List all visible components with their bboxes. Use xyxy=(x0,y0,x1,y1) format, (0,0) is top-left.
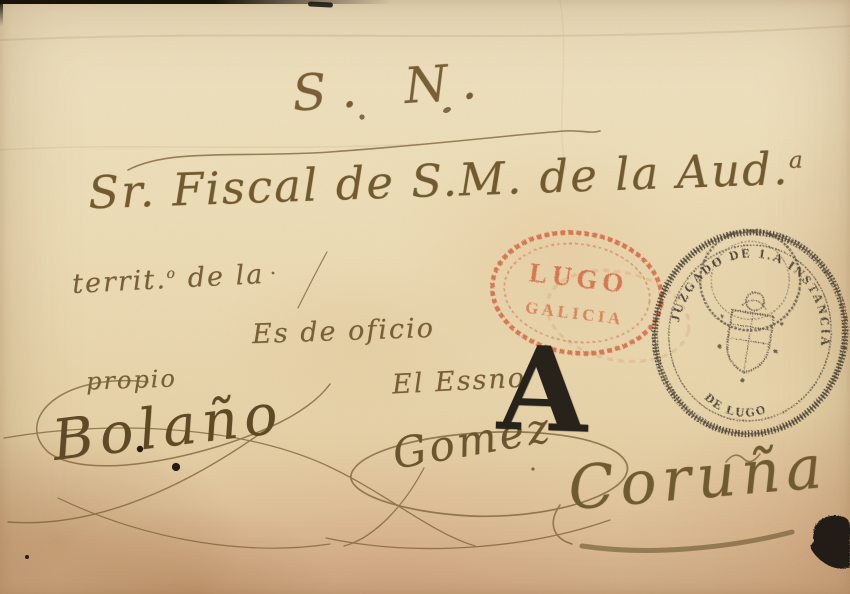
address-line-2-rest: de la xyxy=(176,259,265,295)
carrier-note-script: propio xyxy=(86,366,178,393)
service-note-script: Es de oficio xyxy=(252,315,436,348)
aged-letter-cover: LUGO GALICIA JUZGADO DE 1.A INSTANCIA DE… xyxy=(0,0,850,594)
salutation-script: S. N. xyxy=(291,55,495,119)
ink-drop-3 xyxy=(25,555,29,559)
address-line-2-text: territ. xyxy=(71,264,167,300)
ink-drop-2 xyxy=(172,463,180,471)
address-line-1-superscript: a xyxy=(788,145,805,174)
porteo-rate-letter: A xyxy=(496,330,590,449)
